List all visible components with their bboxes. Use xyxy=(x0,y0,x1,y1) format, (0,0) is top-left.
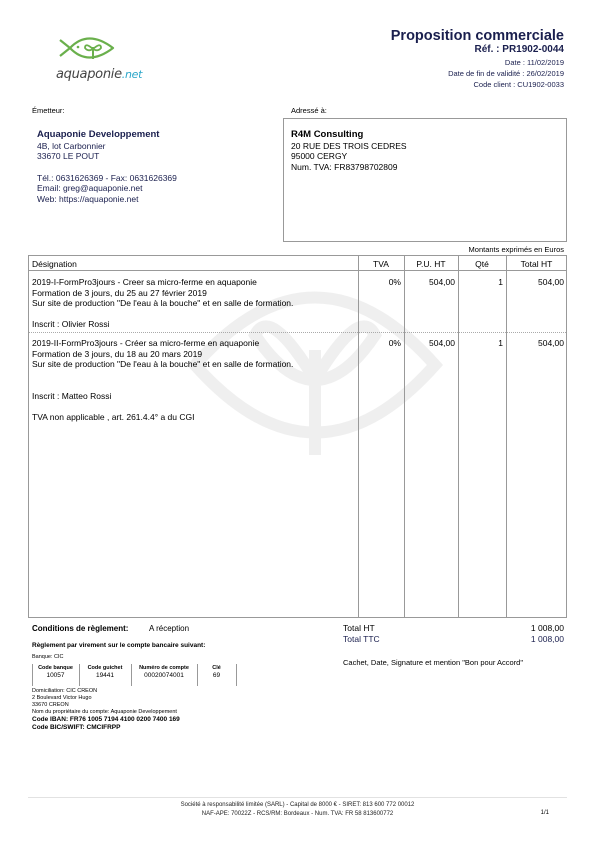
branch-code-header: Code guichet xyxy=(80,665,130,671)
recipient-label: Adressé à: xyxy=(291,106,327,115)
recipient-vat: Num. TVA: FR83798702809 xyxy=(291,162,407,173)
cell-pu-ht: 504,00 xyxy=(404,277,455,287)
sender-web[interactable]: Web: https://aquaponie.net xyxy=(37,194,177,205)
client-code: Code client : CU1902-0033 xyxy=(474,80,564,89)
header-total-ht: Total HT xyxy=(506,259,567,269)
total-ht-value: 1 008,00 xyxy=(531,623,564,633)
recipient-address2: 95000 CERGY xyxy=(291,151,407,162)
currency-note: Montants exprimés en Euros xyxy=(469,245,564,254)
bank-city: 33670 CREON xyxy=(32,702,180,709)
sender-address1: 4B, lot Carbonnier xyxy=(37,141,177,152)
cell-total-ht: 504,00 xyxy=(506,277,564,287)
footer-legal-line2: NAF-APE: 70022Z - RCS/RM: Bordeaux - Num… xyxy=(0,810,595,819)
recipient-block: R4M Consulting 20 RUE DES TROIS CEDRES 9… xyxy=(291,130,407,172)
bank-domiciliation: Domiciliation: CIC CREON xyxy=(32,688,180,695)
document-reference: Réf. : PR1902-0044 xyxy=(475,44,565,55)
iban: Code IBAN: FR76 1005 7194 4100 0200 7400… xyxy=(32,716,180,724)
designation-line xyxy=(32,309,293,320)
cell-tva: 0% xyxy=(358,277,401,287)
account-number-value: 00020074001 xyxy=(132,672,196,679)
fish-sprout-icon xyxy=(58,33,118,63)
bank-street: 2 Boulevard Victor Hugo xyxy=(32,695,180,702)
designation-line: 2019-I-FormPro3jours - Creer sa micro-fe… xyxy=(32,277,293,288)
designation-line xyxy=(32,401,293,412)
row-separator xyxy=(29,332,566,333)
footer-legal-line1: Société à responsabilité limitée (SARL) … xyxy=(0,801,595,810)
header-tva: TVA xyxy=(358,259,404,269)
sender-email[interactable]: Email: greg@aquaponie.net xyxy=(37,183,177,194)
designation-line xyxy=(32,380,293,391)
designation-line: Inscrit : Olivier Rossi xyxy=(32,319,293,330)
cell-qty: 1 xyxy=(458,277,503,287)
designation-line: 2019-II-FormPro3jours - Créer sa micro-f… xyxy=(32,338,293,349)
cell-designation: 2019-I-FormPro3jours - Creer sa micro-fe… xyxy=(32,277,293,330)
bic: Code BIC/SWIFT: CMCIFRPP xyxy=(32,724,180,732)
branch-code-value: 19441 xyxy=(80,672,130,679)
cell-tva: 0% xyxy=(358,338,401,348)
page-number: 1/1 xyxy=(541,810,549,816)
cell-qty: 1 xyxy=(458,338,503,348)
cell-total-ht: 504,00 xyxy=(506,338,564,348)
bank-info: Domiciliation: CIC CREON 2 Boulevard Vic… xyxy=(32,688,180,732)
cell-designation: 2019-II-FormPro3jours - Créer sa micro-f… xyxy=(32,338,293,422)
designation-line: Sur site de production "De l'eau à la bo… xyxy=(32,298,293,309)
footer-divider xyxy=(28,797,567,798)
key-value: 69 xyxy=(198,672,235,679)
recipient-name: R4M Consulting xyxy=(291,130,407,141)
logo-text: aquaponie.net xyxy=(56,67,142,82)
header-pu-ht: P.U. HT xyxy=(404,259,458,269)
payment-conditions-value: A réception xyxy=(149,624,189,633)
bank-code-header: Code banque xyxy=(33,665,78,671)
key-header: Clé xyxy=(198,665,235,671)
bank-details-table: Code banque 10057 Code guichet 19441 Num… xyxy=(32,664,242,686)
total-ht-label: Total HT xyxy=(343,623,375,633)
designation-line: Inscrit : Matteo Rossi xyxy=(32,391,293,402)
document-date: Date : 11/02/2019 xyxy=(505,58,564,67)
total-ttc-value: 1 008,00 xyxy=(531,634,564,644)
designation-line: Formation de 3 jours, du 25 au 27 févrie… xyxy=(32,288,293,299)
total-ttc-label: Total TTC xyxy=(343,634,380,644)
bank-name: Banque: CIC xyxy=(32,654,64,660)
signature-note: Cachet, Date, Signature et mention "Bon … xyxy=(343,658,523,667)
sender-phone: Tél.: 0631626369 - Fax: 0631626369 xyxy=(37,173,177,184)
designation-line: Sur site de production "De l'eau à la bo… xyxy=(32,359,293,370)
designation-line: TVA non applicable , art. 261.4.4° a du … xyxy=(32,412,293,423)
validity-date: Date de fin de validité : 26/02/2019 xyxy=(448,69,564,78)
document-title: Proposition commerciale xyxy=(391,28,564,44)
footer: Société à responsabilité limitée (SARL) … xyxy=(0,801,595,818)
account-number-header: Numéro de compte xyxy=(132,665,196,671)
cell-pu-ht: 504,00 xyxy=(404,338,455,348)
sender-name: Aquaponie Developpement xyxy=(37,130,177,141)
account-owner: Nom du propriétaire du compte: Aquaponie… xyxy=(32,709,180,716)
bank-transfer-title: Règlement par virement sur le compte ban… xyxy=(32,642,205,649)
company-logo: aquaponie.net xyxy=(56,33,136,85)
designation-line: Formation de 3 jours, du 18 au 20 mars 2… xyxy=(32,349,293,360)
line-items-table: Désignation TVA P.U. HT Qté Total HT 201… xyxy=(28,255,567,618)
designation-line xyxy=(32,370,293,381)
bank-code-value: 10057 xyxy=(33,672,78,679)
table-header: Désignation TVA P.U. HT Qté Total HT xyxy=(29,256,566,271)
sender-address2: 33670 LE POUT xyxy=(37,151,177,162)
sender-block: Aquaponie Developpement 4B, lot Carbonni… xyxy=(37,130,177,204)
header-designation: Désignation xyxy=(32,259,77,269)
recipient-address1: 20 RUE DES TROIS CEDRES xyxy=(291,141,407,152)
sender-label: Émetteur: xyxy=(32,106,65,115)
header-qty: Qté xyxy=(458,259,506,269)
payment-conditions-label: Conditions de règlement: xyxy=(32,624,128,633)
